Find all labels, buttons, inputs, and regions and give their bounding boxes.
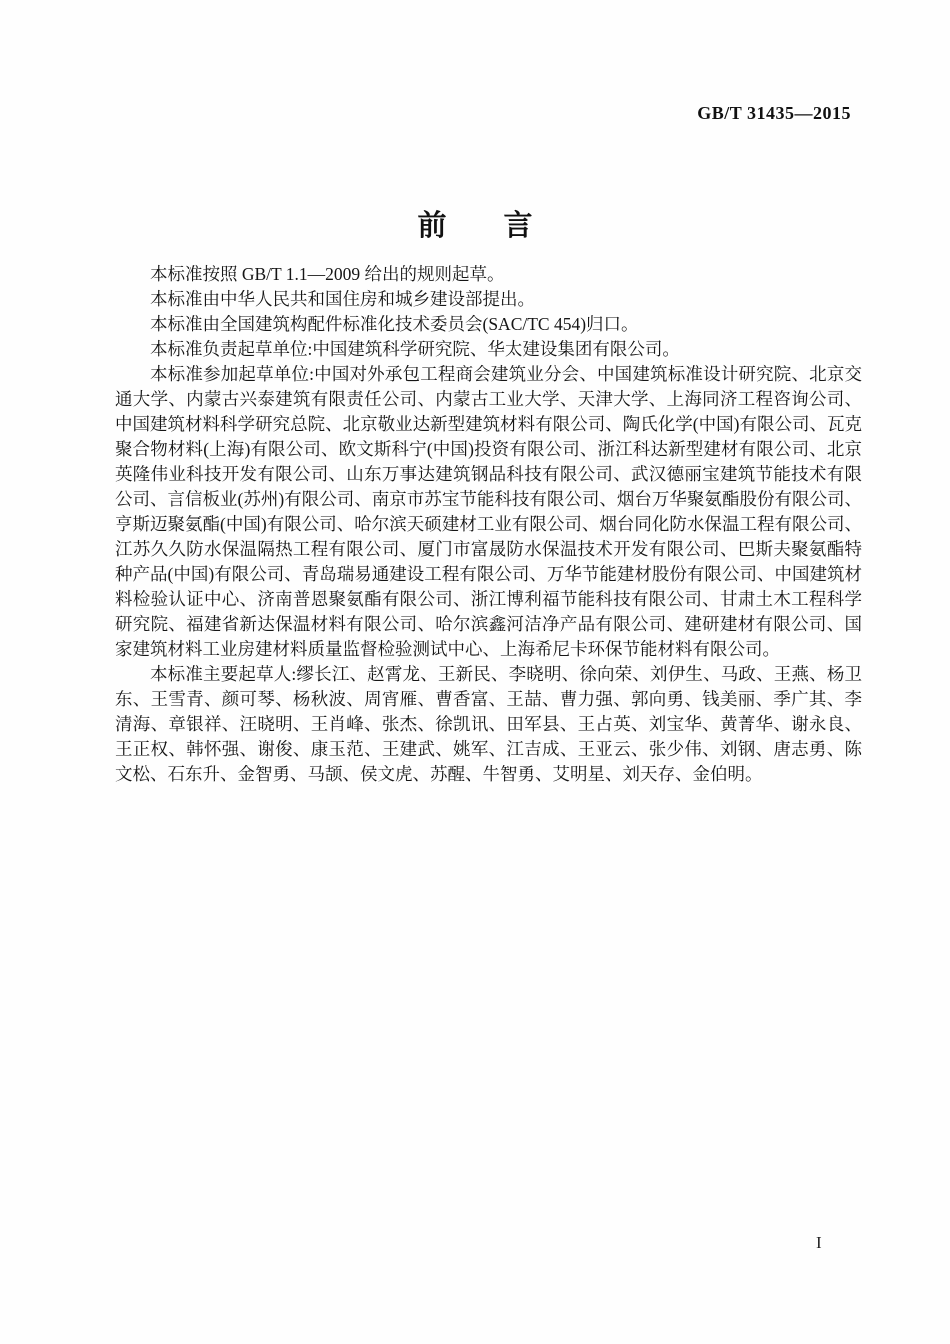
para-participating-orgs: 本标准参加起草单位:中国对外承包工程商会建筑业分会、中国建筑标准设计研究院、北京… bbox=[115, 362, 862, 662]
para-drafting-rule: 本标准按照 GB/T 1.1—2009 给出的规则起草。 bbox=[115, 262, 862, 287]
standard-code: GB/T 31435—2015 bbox=[697, 103, 851, 124]
para-proposed-by: 本标准由中华人民共和国住房和城乡建设部提出。 bbox=[115, 287, 862, 312]
para-centralized-by: 本标准由全国建筑构配件标准化技术委员会(SAC/TC 454)归口。 bbox=[115, 312, 862, 337]
para-main-drafters: 本标准主要起草人:缪长江、赵霄龙、王新民、李晓明、徐向荣、刘伊生、马政、王燕、杨… bbox=[115, 662, 862, 787]
page-number: I bbox=[816, 1233, 822, 1253]
document-page: GB/T 31435—2015 前言 本标准按照 GB/T 1.1—2009 给… bbox=[0, 0, 950, 1344]
title-char-qian: 前 bbox=[417, 210, 446, 242]
page-title: 前言 bbox=[0, 203, 950, 244]
para-chief-drafting-org: 本标准负责起草单位:中国建筑科学研究院、华太建设集团有限公司。 bbox=[115, 337, 862, 362]
title-char-yan: 言 bbox=[504, 210, 533, 242]
foreword-body: 本标准按照 GB/T 1.1—2009 给出的规则起草。 本标准由中华人民共和国… bbox=[115, 262, 862, 787]
